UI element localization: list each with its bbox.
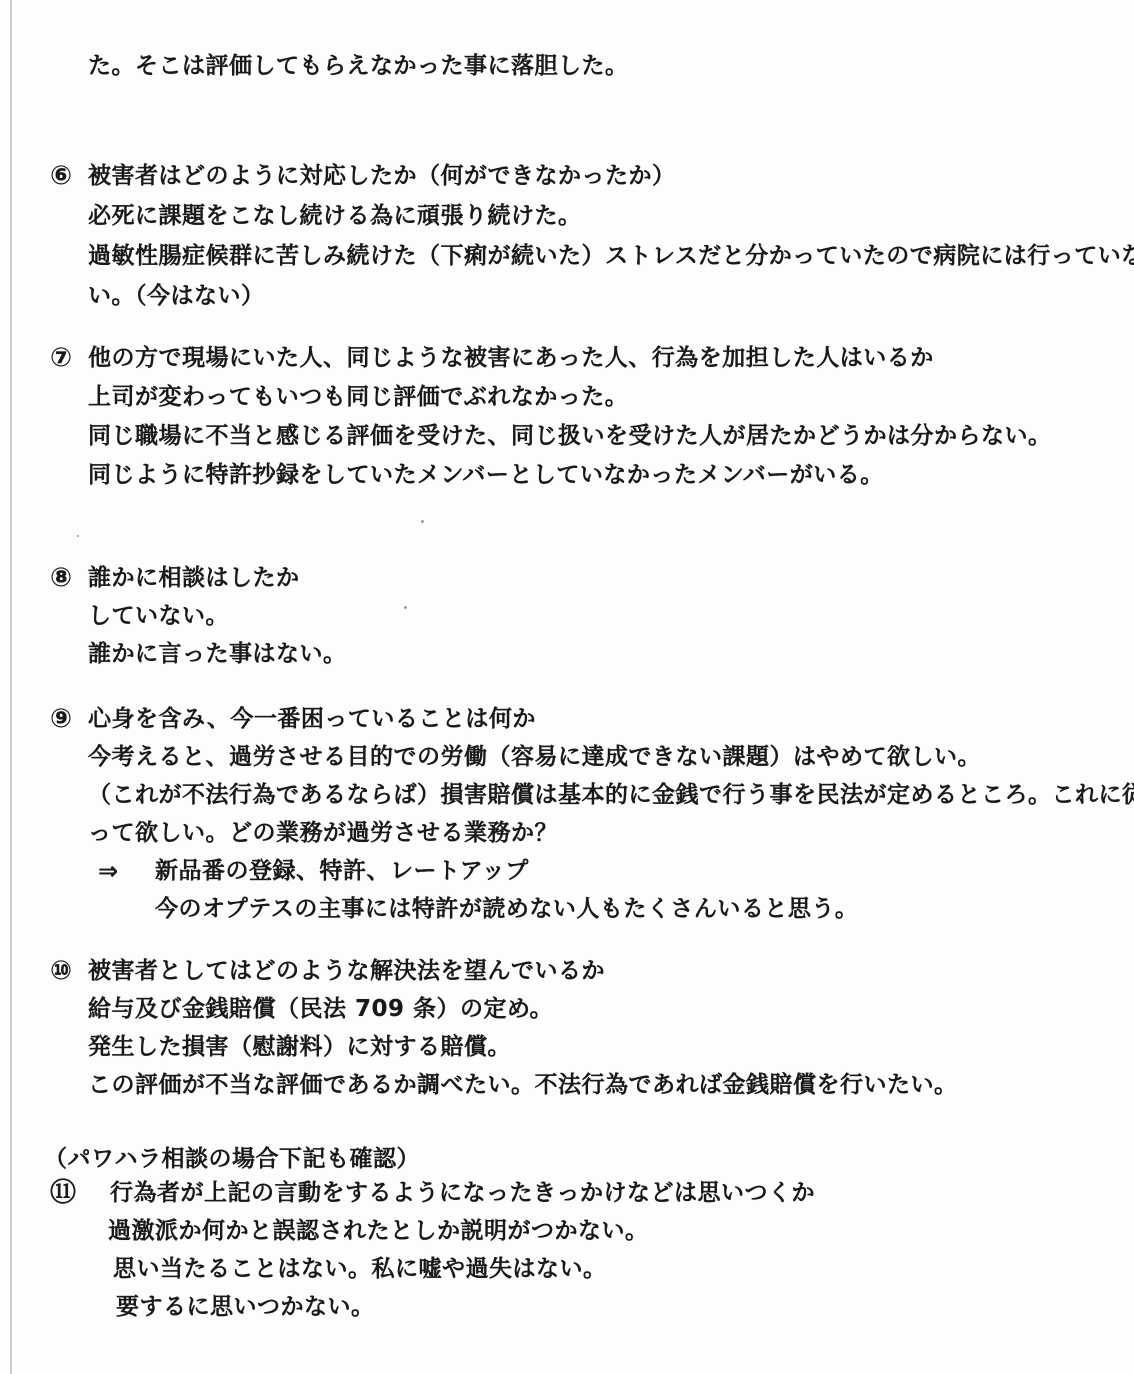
circled-7-number: ⑦ [50,339,72,378]
section-10-answer-2: 発生した損害（慰謝料）に対する賠償。 [0,1028,1134,1066]
section-10-answer-1: 給与及び金銭賠償（民法 709 条）の定め。 [0,990,1134,1028]
section-10-question-text: 被害者としてはどのような解決法を望んでいるか [88,958,605,984]
section-7: ⑦ 他の方で現場にいた人、同じような被害にあった人、行為を加担した人はいるか 上… [0,339,1134,495]
section-9-arrow-line: ⇒ 新品番の登録、特許、レートアップ [0,852,1134,890]
section-9-arrow-note: 今のオプテスの主事には特許が読めない人もたくさんいると思う。 [0,890,1134,928]
section-7-answer-3: 同じように特許抄録をしていたメンバーとしていなかったメンバーがいる。 [0,456,1134,495]
powerhara-note: （パワハラ相談の場合下記も確認） [0,1140,1134,1178]
section-9-answer-3: って欲しい。どの業務が過労させる業務か？ [0,814,1134,852]
circled-8-number: ⑧ [50,559,72,597]
section-8-answer-2: 誰かに言った事はない。 [0,635,1134,673]
section-6-answer-2: 過敏性腸症候群に苦しみ続けた（下痢が続いた）ストレスだと分かっていたので病院には… [0,236,1134,276]
section-6-question: ⑥ 被害者はどのように対応したか（何ができなかったか） [0,156,1134,196]
section-7-answer-1: 上司が変わってもいつも同じ評価でぶれなかった。 [0,378,1134,417]
section-6: ⑥ 被害者はどのように対応したか（何ができなかったか） 必死に課題をこなし続ける… [0,156,1134,316]
section-8-question-text: 誰かに相談はしたか [88,565,300,591]
section-10: ⑩ 被害者としてはどのような解決法を望んでいるか 給与及び金銭賠償（民法 709… [0,952,1134,1104]
section-7-question: ⑦ 他の方で現場にいた人、同じような被害にあった人、行為を加担した人はいるか [0,339,1134,378]
section-9-question-text: 心身を含み、今一番困っていることは何か [88,706,536,732]
continuation-line: た。そこは評価してもらえなかった事に落胆した。 [0,47,1134,85]
section-10-question: ⑩ 被害者としてはどのような解決法を望んでいるか [0,952,1134,990]
section-6-answer-3: い。（今はない） [0,276,1134,316]
double-arrow-icon: ⇒ [98,852,119,890]
section-11-question: ⑪ 行為者が上記の言動をするようになったきっかけなどは思いつくか [0,1174,1134,1212]
section-9-arrow-text: 新品番の登録、特許、レートアップ [155,858,529,884]
scan-speckle [421,520,424,523]
section-6-question-text: 被害者はどのように対応したか（何ができなかったか） [88,163,676,189]
circled-11-number: ⑪ [50,1174,76,1212]
section-11: ⑪ 行為者が上記の言動をするようになったきっかけなどは思いつくか 過激派か何かと… [0,1174,1134,1326]
section-9-question: ⑨ 心身を含み、今一番困っていることは何か [0,700,1134,738]
section-9: ⑨ 心身を含み、今一番困っていることは何か 今考えると、過労させる目的での労働（… [0,700,1134,928]
section-11-answer-3: 要するに思いつかない。 [0,1288,1134,1326]
scan-speckle [77,535,79,537]
section-10-answer-3: この評価が不当な評価であるか調べたい。不法行為であれば金銭賠償を行いたい。 [0,1066,1134,1104]
section-9-answer-1: 今考えると、過労させる目的での労働（容易に達成できない課題）はやめて欲しい。 [0,738,1134,776]
section-11-question-text: 行為者が上記の言動をするようになったきっかけなどは思いつくか [110,1180,815,1206]
circled-9-number: ⑨ [50,700,72,738]
circled-10-number: ⑩ [50,952,72,990]
section-8-answer-1: していない。 [0,597,1134,635]
document-page: た。そこは評価してもらえなかった事に落胆した。 ⑥ 被害者はどのように対応したか… [0,0,1134,1374]
section-11-answer-1: 過激派か何かと誤認されたとしか説明がつかない。 [0,1212,1134,1250]
section-9-answer-2: （これが不法行為であるならば）損害賠償は基本的に金銭で行う事を民法が定めるところ… [0,776,1134,814]
continuation-paragraph: た。そこは評価してもらえなかった事に落胆した。 [0,47,1134,85]
section-11-answer-2: 思い当たることはない。私に嘘や過失はない。 [0,1250,1134,1288]
section-7-answer-2: 同じ職場に不当と感じる評価を受けた、同じ扱いを受けた人が居たかどうかは分からない… [0,417,1134,456]
section-8: ⑧ 誰かに相談はしたか していない。 誰かに言った事はない。 [0,559,1134,673]
circled-6-number: ⑥ [50,156,72,196]
section-7-question-text: 他の方で現場にいた人、同じような被害にあった人、行為を加担した人はいるか [88,345,934,371]
section-8-question: ⑧ 誰かに相談はしたか [0,559,1134,597]
powerhara-note-line: （パワハラ相談の場合下記も確認） [0,1140,1134,1178]
section-6-answer-1: 必死に課題をこなし続ける為に頑張り続けた。 [0,196,1134,236]
